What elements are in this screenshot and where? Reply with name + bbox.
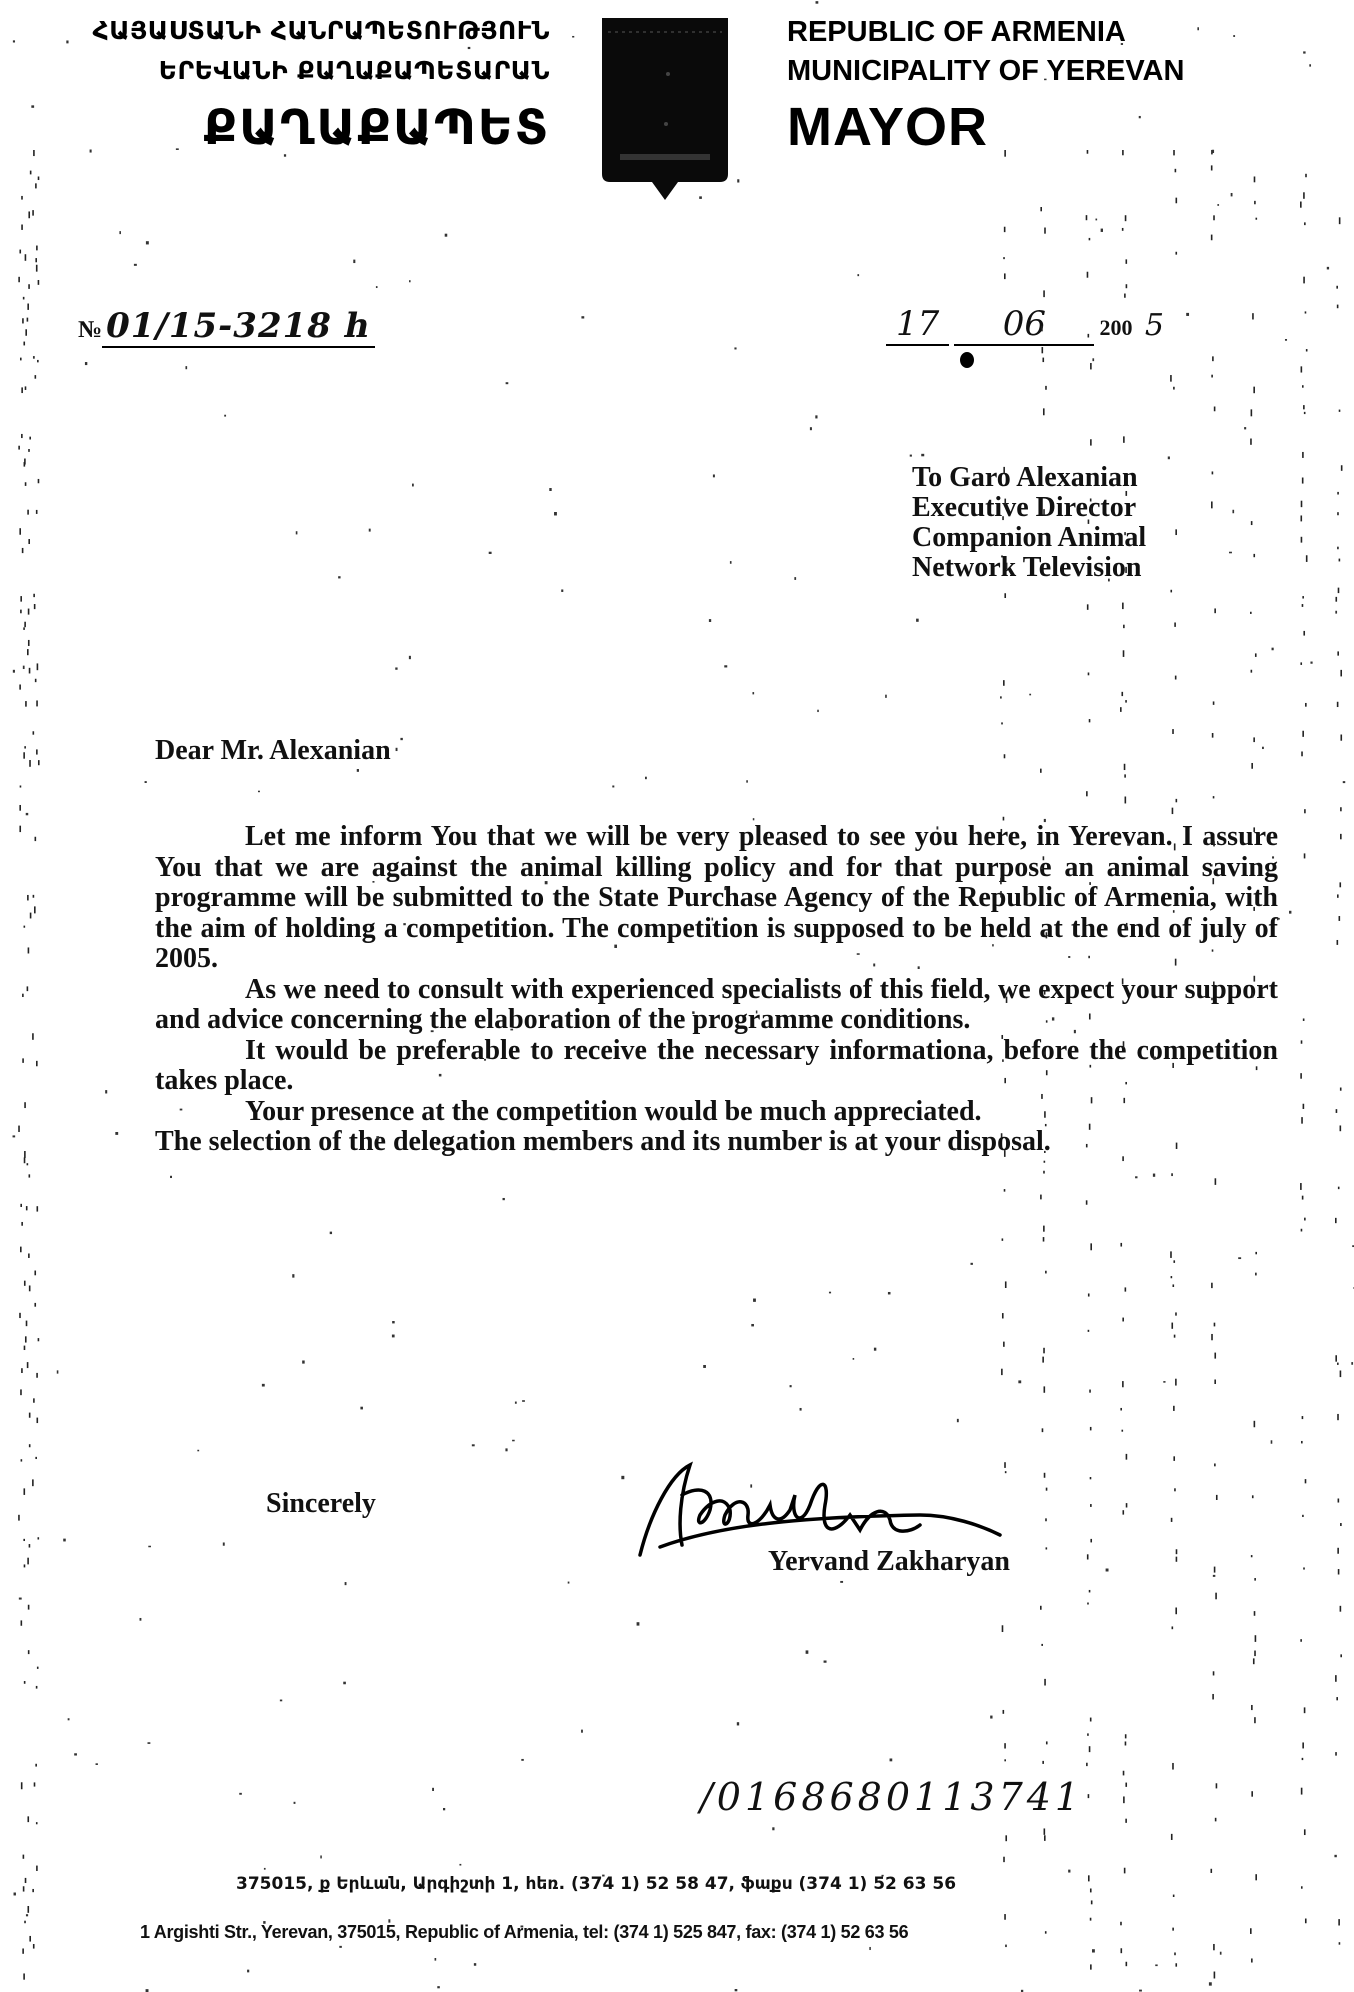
ink-dot — [960, 352, 974, 368]
date-year-prefix: 200 — [1099, 315, 1132, 340]
reference-value: 01/15-3218 հ — [102, 306, 375, 348]
body-paragraph: Let me inform You that we will be very p… — [155, 822, 1278, 975]
letterhead-armenian-title: ՔԱՂԱՔԱՊԵՏ — [204, 100, 550, 156]
recipient-line: Network Television — [912, 553, 1146, 583]
letterhead-english-line2: MUNICIPALITY OF YEREVAN — [787, 55, 1184, 88]
letterhead-armenian-line1: ՀԱՅԱՍՏԱՆԻ ՀԱՆՐԱՊԵՏՈՒԹՅՈՒՆ — [92, 16, 550, 45]
signer-name: Yervand Zakharyan — [768, 1546, 1010, 1578]
reference-prefix: № — [78, 317, 102, 343]
body-paragraph: It would be preferable to receive the ne… — [155, 1036, 1278, 1097]
recipient-line: To Garo Alexanian — [912, 463, 1146, 493]
reference-number: №01/15-3218 հ — [78, 306, 375, 348]
letter-body: Let me inform You that we will be very p… — [155, 822, 1278, 1158]
handwritten-registration-number: /0168680113741 — [700, 1775, 1083, 1819]
letterhead-armenian-line2: ԵՐԵՎԱՆԻ ՔԱՂԱՔԱՊԵՏԱՐԱՆ — [159, 56, 550, 85]
date-month: 06 — [954, 304, 1094, 346]
body-paragraph: Your presence at the competition would b… — [155, 1097, 1278, 1128]
date-year-suffix: 5 — [1132, 308, 1176, 343]
date-day: 17 — [886, 304, 949, 346]
closing: Sincerely — [266, 1488, 376, 1520]
recipient-line: Companion Animal — [912, 523, 1146, 553]
footer-address-english: 1 Argishti Str., Yerevan, 375015, Republ… — [140, 1922, 908, 1943]
letterhead-english-title: MAYOR — [787, 96, 988, 158]
letterhead-english-line1: REPUBLIC OF ARMENIA — [787, 16, 1126, 49]
salutation: Dear Mr. Alexanian — [155, 735, 391, 767]
body-paragraph: As we need to consult with experienced s… — [155, 975, 1278, 1036]
recipient-line: Executive Director — [912, 493, 1146, 523]
body-paragraph: The selection of the delegation members … — [155, 1127, 1278, 1158]
coat-of-arms-icon — [596, 14, 734, 202]
recipient-block: To Garo Alexanian Executive Director Com… — [912, 463, 1146, 583]
letter-date: 17 06 2005 — [886, 304, 1176, 346]
footer-address-armenian: 375015, ք Երևան, Արգիշտի 1, հեռ. (374 1)… — [236, 1874, 956, 1894]
